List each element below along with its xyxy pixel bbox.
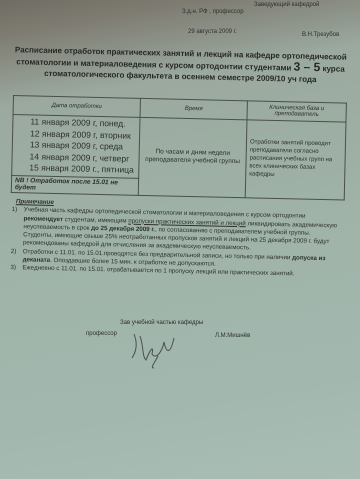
handwritten-signature-icon [128, 330, 198, 370]
approval-name: В.Н.Трезубов [302, 32, 339, 39]
course-range: 3 – 5 [293, 60, 320, 75]
schedule-table: Дата отработки Время Клиническая база и … [11, 95, 347, 200]
approval-date: 29 августа 2009 г. [188, 29, 237, 36]
signature-rank: профессор [86, 331, 117, 337]
header-time: Время [140, 98, 247, 119]
base-cell: Отработки занятий проводят преподаватели… [245, 120, 346, 200]
approval-rank: З.д.н. РФ , профессор [182, 9, 244, 16]
table-row: 11 января 2009 г, понед. 12 января 2009 … [12, 115, 346, 183]
document-photo: Заведующий кафедрой З.д.н. РФ , профессо… [0, 0, 360, 479]
header-base: Клиническая база и преподаватель [247, 101, 346, 122]
time-cell: По часам и дням недели преподавателя уче… [138, 117, 247, 197]
nb-note: NB ! Отработок после 15.01 не будет [11, 175, 138, 195]
date-item: 15 января 2009 г., пятница [15, 162, 135, 176]
signature-name: Л.М.Мишнёв [215, 333, 250, 339]
approval-position: Заведующий кафедрой [254, 2, 319, 9]
document-title: Расписание отработок практических заняти… [5, 44, 356, 86]
signature-role: Зав учебной частью кафедры [120, 320, 203, 326]
notes-section: Примечание 1) Учебная часть кафедры орто… [10, 198, 342, 280]
dates-cell: 11 января 2009 г, понед. 12 января 2009 … [12, 115, 140, 178]
